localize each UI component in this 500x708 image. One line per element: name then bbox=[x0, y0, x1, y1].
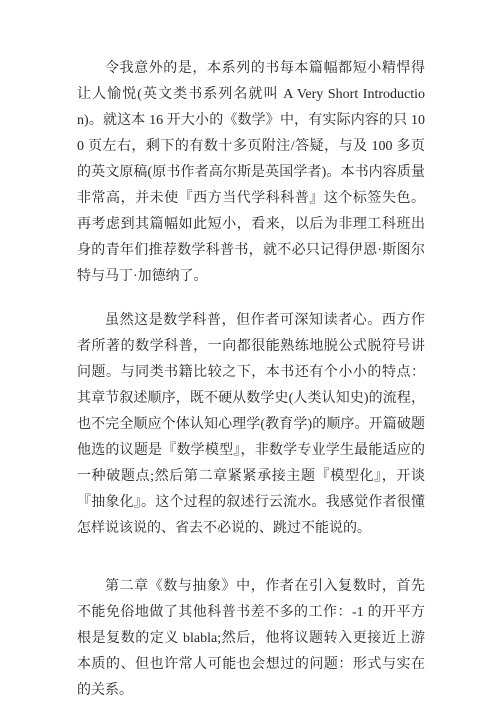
paragraph-chapter-two: 第二章《数与抽象》中，作者在引入复数时，首先不能免俗地做了其他科普书差不多的工作… bbox=[77, 574, 425, 704]
paragraph-writing-style: 虽然这是数学科普，但作者可深知读者心。西方作者所著的数学科普，一向都很能熟练地脱… bbox=[77, 308, 425, 542]
document-page: 令我意外的是，本系列的书每本篇幅都短小精悍得让人愉悦(英文类书系列名就叫 A V… bbox=[0, 0, 500, 708]
paragraph-book-series-impression: 令我意外的是，本系列的书每本篇幅都短小精悍得让人愉悦(英文类书系列名就叫 A V… bbox=[77, 56, 425, 290]
